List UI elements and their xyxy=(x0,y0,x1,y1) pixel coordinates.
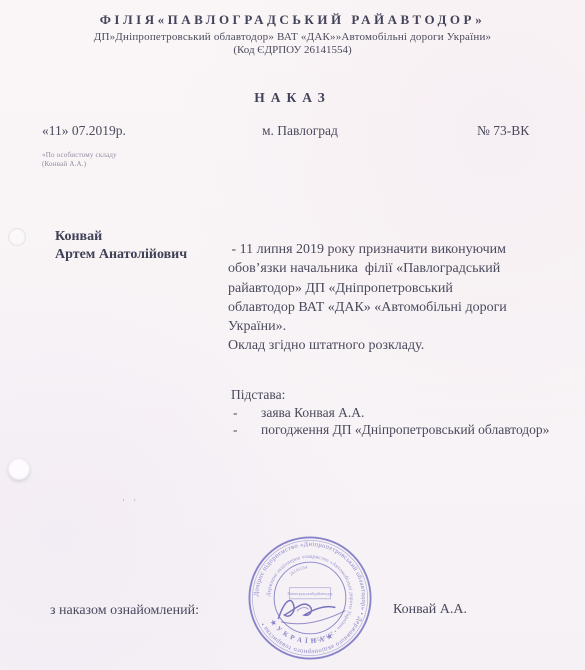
svg-text:26141554: 26141554 xyxy=(288,565,308,577)
list-dash-marker: - xyxy=(233,421,238,439)
order-text-line: райавтодор» ДП «Дніпропетровський xyxy=(228,279,573,298)
employee-name: Конвай Артем Анатолійович xyxy=(55,228,187,263)
punch-hole xyxy=(8,228,26,246)
order-date: «11» 07.2019р. xyxy=(42,123,126,139)
basis-item-text: заява Конвая А.А. xyxy=(261,405,364,420)
order-text-line: Оклад згідно штатного розкладу. xyxy=(228,336,573,355)
punch-hole xyxy=(8,458,30,480)
basis-item: - погодження ДП «Дніпропетровський облав… xyxy=(231,421,549,439)
order-number: № 73-ВК xyxy=(477,123,529,139)
document-title: НАКАЗ xyxy=(0,90,585,106)
handwritten-signature xyxy=(278,600,345,623)
employee-given-names: Артем Анатолійович xyxy=(55,246,187,264)
organization-subtitle: ДП»Дніпропетровський облавтодор» ВАТ «ДА… xyxy=(0,31,585,43)
basis-section: Підстава: - заява Конвая А.А. - погоджен… xyxy=(231,386,549,439)
category-note-line2: (Конвай А.А.) xyxy=(42,160,117,169)
order-text-line: України». xyxy=(228,317,573,336)
list-dash-marker: - xyxy=(233,404,238,422)
basis-label: Підстава: xyxy=(231,386,549,404)
category-note: «По особистому складу (Конвай А.А.) xyxy=(42,151,117,169)
round-seal-stamp: Дочірнє підприємство «Дніпропетровський … xyxy=(246,534,374,662)
organization-edrpou-code: (Код ЄДРПОУ 26141554) xyxy=(0,44,585,56)
order-text-line: - 11 липня 2019 року призначити виконуюч… xyxy=(228,240,573,259)
acknowledgment-label: з наказом ознайомлений: xyxy=(50,603,199,619)
scan-artifact-dots: · · xyxy=(122,495,139,505)
employee-surname: Конвай xyxy=(55,228,187,246)
stamp-edrpou-number: 26141554 xyxy=(288,565,308,577)
basis-item: - заява Конвая А.А. xyxy=(231,404,549,422)
order-text-line: обов’язки начальника філії «Павлоградськ… xyxy=(228,259,573,278)
acknowledged-by-name: Конвай А.А. xyxy=(393,602,467,618)
order-city: м. Павлоград xyxy=(262,123,338,139)
basis-item-text: погодження ДП «Дніпропетровський облавто… xyxy=(261,422,549,437)
scanned-order-document: ФІЛІЯ«ПАВЛОГРАДСЬКИЙ РАЙАВТОДОР» ДП»Дніп… xyxy=(0,0,585,670)
organization-name: ФІЛІЯ«ПАВЛОГРАДСЬКИЙ РАЙАВТОДОР» xyxy=(0,12,585,28)
order-text-line: облавтодор ВАТ «ДАК» «Автомобільні дорог… xyxy=(228,298,573,317)
order-body-text: - 11 липня 2019 року призначити виконуюч… xyxy=(228,240,573,356)
category-note-line1: «По особистому складу xyxy=(42,151,117,160)
stamp-inner-box-text: Павлоградський райавтодор xyxy=(288,592,333,596)
